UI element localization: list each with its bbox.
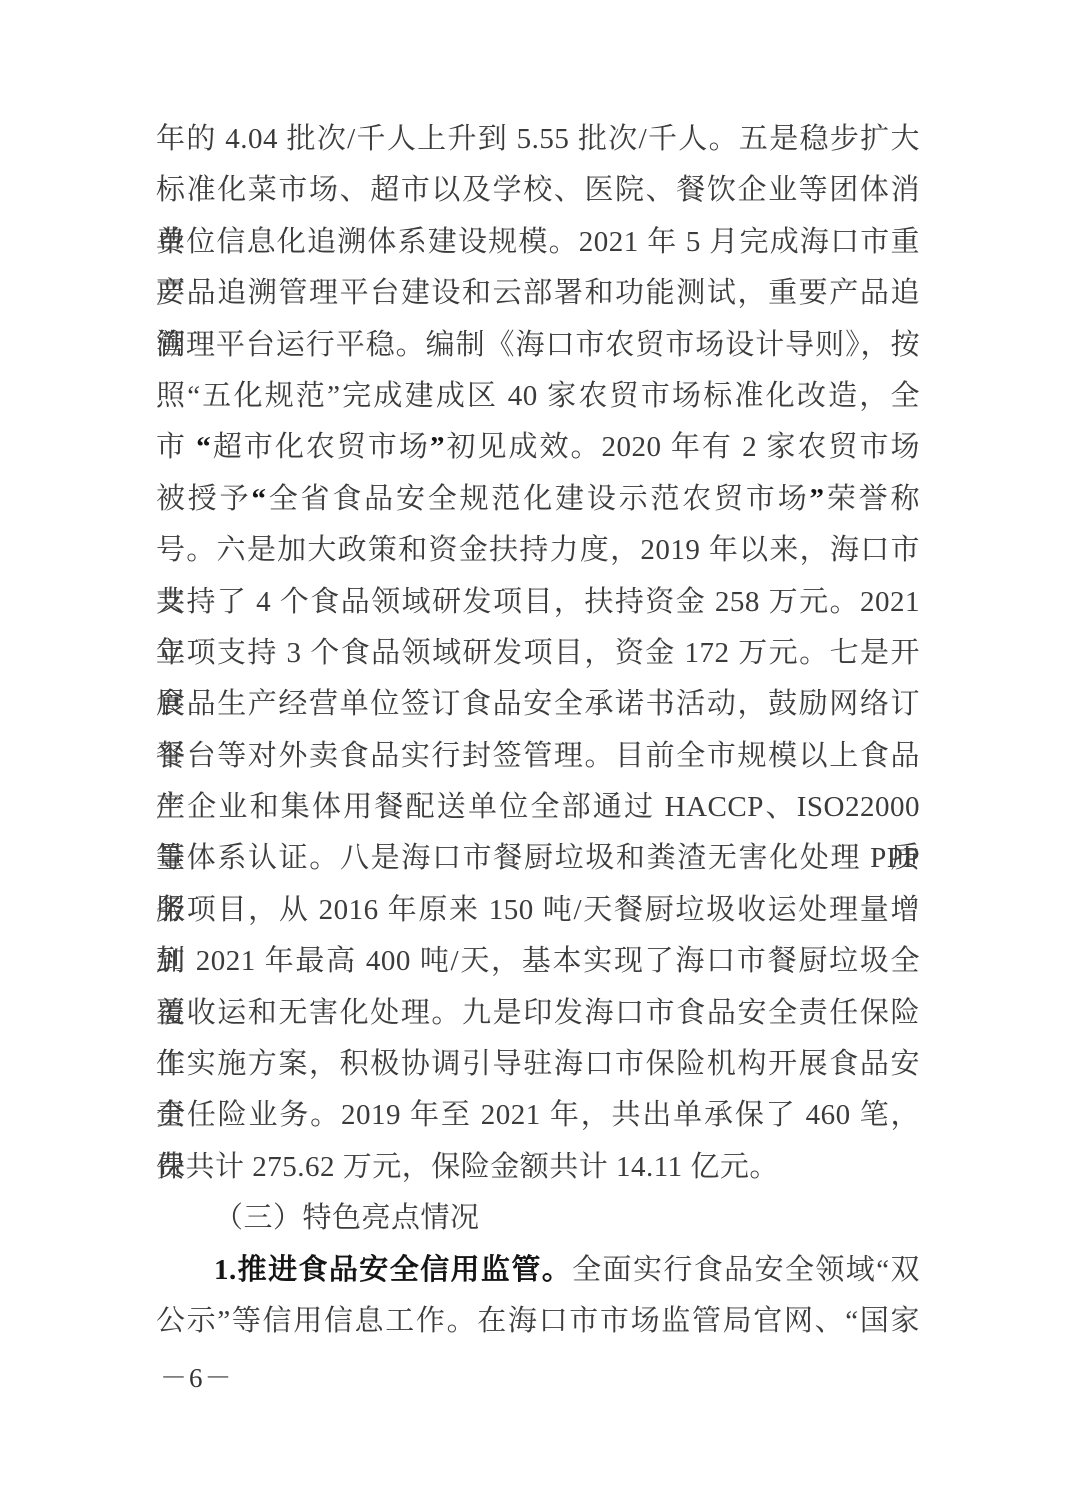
text-line: 量体系认证。八是海口市餐厨垃圾和粪渣无害化处理 PPP 服 [156, 833, 920, 884]
page-number: －6－ [160, 1356, 234, 1395]
text-line: 单位信息化追溯体系建设规模。2021 年 5 月完成海口市重要 [156, 217, 920, 268]
text-line: 务项目，从 2016 年原来 150 吨/天餐厨垃圾收运处理量增加 [156, 885, 920, 936]
text-line: 支持了 4 个食品领域研发项目，扶持资金 258 万元。2021 年 [156, 577, 920, 628]
document-page: 年的 4.04 批次/千人上升到 5.55 批次/千人。五是稳步扩大标准化菜市场… [0, 0, 1080, 1493]
text-line: 到 2021 年最高 400 吨/天，基本实现了海口市餐厨垃圾全覆 [156, 936, 920, 987]
body-text: 年的 4.04 批次/千人上升到 5.55 批次/千人。五是稳步扩大标准化菜市场… [156, 114, 920, 1347]
bold-text-run: 1.推进食品安全信用监管。 [214, 1254, 572, 1286]
text-line: 市 “超市化农贸市场”初见成效。2020 年有 2 家农贸市场 [156, 422, 920, 473]
text-run: 荣誉称 [825, 483, 920, 515]
bold-text-run: ” [810, 483, 825, 515]
text-line: 费共计 275.62 万元，保险金额共计 14.11 亿元。 [156, 1142, 920, 1193]
text-line: 平台等对外卖食品实行封签管理。目前全市规模以上食品生 [156, 731, 920, 782]
text-line: （三）特色亮点情况 [156, 1193, 920, 1244]
text-run: 年的 4.04 批次/千人上升到 5.55 批次/千人。五是稳步扩大 [156, 123, 920, 155]
text-run: 全省食品安全规范化建设示范农贸市场 [266, 483, 809, 515]
text-run: 公示”等信用信息工作。在海口市市场监管局官网、“国家 [156, 1305, 920, 1337]
text-line: 号。六是加大政策和资金扶持力度，2019 年以来，海口市共 [156, 525, 920, 576]
text-line: 被授予“全省食品安全规范化建设示范农贸市场”荣誉称 [156, 474, 920, 525]
text-run: 管理平台运行平稳。编制《海口市农贸市场设计导则》，按 [156, 329, 920, 361]
text-run: 初见成效。2020 年有 2 家农贸市场 [445, 431, 920, 463]
bold-text-run: ” [430, 431, 445, 463]
text-run: 被授予 [156, 483, 251, 515]
text-line: 作实施方案，积极协调引导驻海口市保险机构开展食品安全 [156, 1039, 920, 1090]
text-line: 盖收运和无害化处理。九是印发海口市食品安全责任保险工 [156, 988, 920, 1039]
text-line: 产企业和集体用餐配送单位全部通过 HACCP、ISO22000 等质 [156, 782, 920, 833]
bold-text-run: “ [196, 431, 211, 463]
text-line: 1.推进食品安全信用监管。全面实行食品安全领域“双 [156, 1245, 920, 1296]
text-run: 市 [156, 431, 196, 463]
text-line: 照“五化规范”完成建成区 40 家农贸市场标准化改造，全 [156, 371, 920, 422]
text-run: 费共计 275.62 万元，保险金额共计 14.11 亿元。 [156, 1151, 779, 1183]
text-line: 标准化菜市场、超市以及学校、医院、餐饮企业等团体消费 [156, 165, 920, 216]
text-line: 食品生产经营单位签订食品安全承诺书活动，鼓励网络订餐 [156, 679, 920, 730]
text-line: 管理平台运行平稳。编制《海口市农贸市场设计导则》，按 [156, 320, 920, 371]
text-line: 公示”等信用信息工作。在海口市市场监管局官网、“国家 [156, 1296, 920, 1347]
bold-text-run: “ [251, 483, 266, 515]
text-run: 全面实行食品安全领域“双 [572, 1254, 920, 1286]
text-line: 立项支持 3 个食品领域研发项目，资金 172 万元。七是开展 [156, 628, 920, 679]
text-run: （三）特色亮点情况 [214, 1202, 480, 1234]
text-line: 产品追溯管理平台建设和云部署和功能测试，重要产品追溯 [156, 268, 920, 319]
text-run: 照“五化规范”完成建成区 40 家农贸市场标准化改造，全 [156, 380, 920, 412]
text-run: 超市化农贸市场 [211, 431, 430, 463]
text-line: 责任险业务。2019 年至 2021 年，共出单承保了 460 笔，保 [156, 1090, 920, 1141]
text-line: 年的 4.04 批次/千人上升到 5.55 批次/千人。五是稳步扩大 [156, 114, 920, 165]
